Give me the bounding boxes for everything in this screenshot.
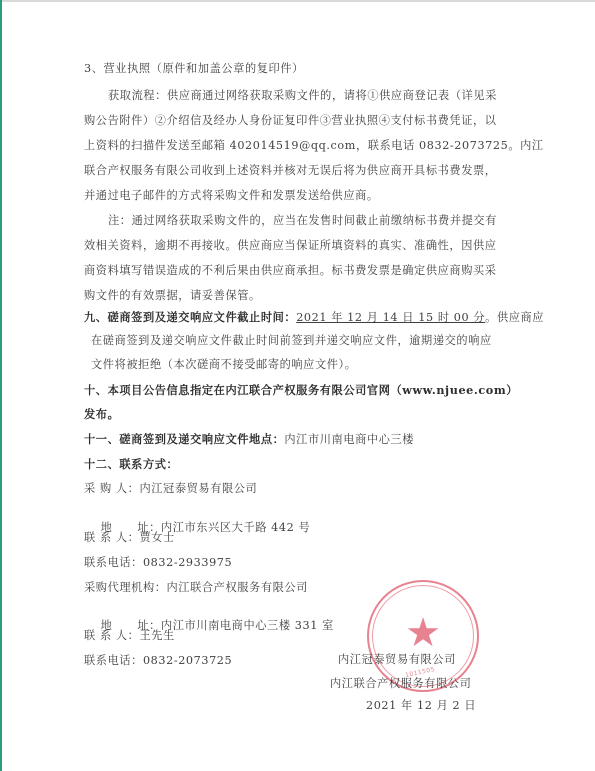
contact-value: 内江联合产权服务有限公司 — [167, 581, 308, 594]
section-9-heading: 九、磋商签到及递交响应文件截止时间： — [84, 310, 296, 324]
contact-value: 内江市东兴区大千路 442 号 — [161, 521, 310, 534]
procedure-line-2: 购公告附件）②介绍信及经办人身份证复印件③营业执照④支付标书费凭证，以 — [84, 114, 497, 128]
note-line-4: 购文件的有效票据，请妥善保管。 — [84, 289, 261, 303]
star-icon: ★ — [405, 613, 441, 653]
section-11-value: 内江市川南电商中心三楼 — [284, 433, 414, 446]
contact-row: 联 系 人：贾女士 — [84, 531, 175, 545]
contact-label: 采 购 人： — [84, 482, 139, 495]
section-9-tail: 。供应商应 — [485, 311, 544, 324]
signature-company-1: 内江冠泰贸易有限公司 — [338, 651, 456, 667]
contact-value: 王先生 — [139, 629, 174, 642]
contact-value: 内江市川南电商中心三楼 331 室 — [161, 619, 334, 632]
procedure-line-4: 联合产权服务有限公司收到上述资料并核对无误后将为供应商开具标书费发票， — [84, 164, 497, 178]
procedure-line-5: 并通过电子邮件的方式将采购文件和发票发送给供应商。 — [84, 189, 379, 203]
contact-row: 联系电话：0832-2073725 — [84, 654, 232, 668]
contact-label: 联 系 人： — [84, 531, 139, 544]
signature-date: 2021 年 12 月 2 日 — [366, 697, 476, 713]
contact-label: 联系电话： — [84, 654, 143, 667]
contact-row: 采 购 人：内江冠泰贸易有限公司 — [84, 482, 257, 496]
section-11: 十一、磋商签到及递交响应文件地点：内江市川南电商中心三楼 — [84, 432, 414, 447]
section-12-heading: 十二、联系方式： — [84, 457, 178, 471]
contact-value: 0832-2933975 — [143, 556, 232, 569]
section-9-line-3: 文件将被拒绝（本次磋商不接受邮寄的响应文件）。 — [91, 358, 357, 372]
document-page: 3、营业执照（原件和加盖公章的复印件） 获取流程：供应商通过网络获取采购文件的，… — [0, 0, 595, 771]
contact-row: 联 系 人：王先生 — [84, 629, 175, 643]
section-10-line-1: 十、本项目公告信息指定在内江联合产权服务有限公司官网（www.njuee.com… — [84, 383, 518, 397]
signature-company-2: 内江联合产权服务有限公司 — [330, 675, 471, 691]
note-line-1: 注：通过网络获取采购文件的，应当在发售时间截止前缴纳标书费并提交有 — [108, 214, 497, 228]
item-3-business-license: 3、营业执照（原件和加盖公章的复印件） — [84, 62, 304, 76]
section-11-heading: 十一、磋商签到及递交响应文件地点： — [84, 432, 284, 446]
contact-label: 采购代理机构： — [84, 581, 167, 594]
contact-value: 贾女士 — [139, 531, 174, 544]
section-9-line-1: 九、磋商签到及递交响应文件截止时间：2021 年 12 月 14 日 15 时 … — [84, 310, 544, 325]
deadline-value: 2021 年 12 月 14 日 15 时 00 分 — [296, 311, 485, 324]
contact-label: 联 系 人： — [84, 629, 139, 642]
note-line-3: 商资料填写错误造成的不利后果由供应商承担。标书费发票是确定供应商购买采 — [84, 264, 497, 278]
procedure-line-3: 上资料的扫描件发送至邮箱 402014519@qq.com，联系电话 0832-… — [84, 139, 544, 153]
section-10-line-2: 发布。 — [84, 407, 119, 421]
contact-label: 联系电话： — [84, 556, 143, 569]
contact-row: 采购代理机构：内江联合产权服务有限公司 — [84, 581, 308, 595]
procedure-line-1: 获取流程：供应商通过网络获取采购文件的，请将①供应商登记表（详见采 — [108, 89, 497, 103]
contact-value: 0832-2073725 — [143, 654, 232, 667]
contact-row: 联系电话：0832-2933975 — [84, 556, 232, 570]
section-9-line-2: 在磋商签到及递交响应文件截止时间前签到并递交响应文件，逾期递交的响应 — [91, 334, 492, 348]
note-line-2: 效相关资料，逾期不再接收。供应商应当保证所填资料的真实、准确性，因供应 — [84, 239, 497, 253]
contact-value: 内江冠泰贸易有限公司 — [139, 482, 257, 495]
